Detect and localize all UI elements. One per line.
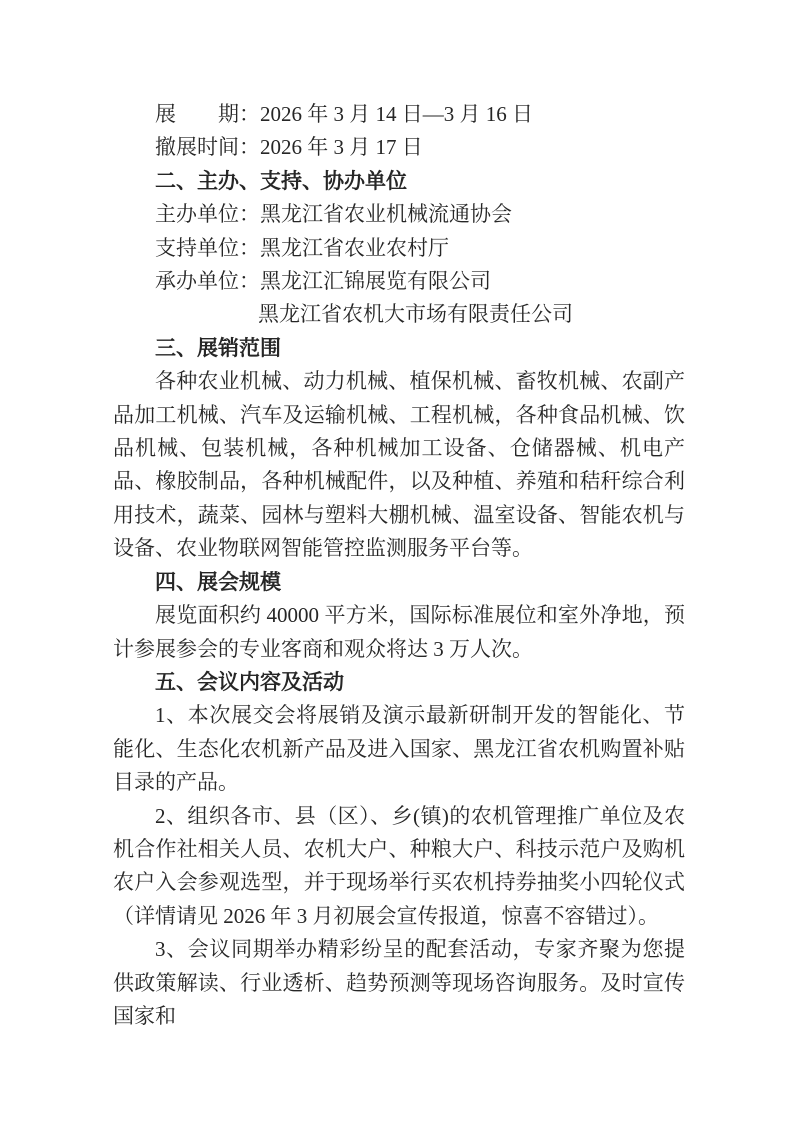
para-organizer-unit-2: 黑龙江省农机大市场有限责任公司: [113, 298, 685, 331]
heading-meeting-content: 五、会议内容及活动: [113, 666, 685, 699]
para-exhibit-period: 展 期：2026 年 3 月 14 日—3 月 16 日: [113, 98, 685, 131]
para-organizer-unit: 承办单位：黑龙江汇锦展览有限公司: [113, 265, 685, 298]
para-activity-2: 2、组织各市、县（区）、乡(镇)的农机管理推广单位及农机合作社相关人员、农机大户…: [113, 800, 685, 934]
heading-scope: 三、展销范围: [113, 332, 685, 365]
para-scale-body: 展览面积约 40000 平方米，国际标准展位和室外净地，预计参展参会的专业客商和…: [113, 599, 685, 666]
para-scope-body: 各种农业机械、动力机械、植保机械、畜牧机械、农副产品加工机械、汽车及运输机械、工…: [113, 365, 685, 565]
para-activity-1: 1、本次展交会将展销及演示最新研制开发的智能化、节能化、生态化农机新产品及进入国…: [113, 699, 685, 799]
heading-scale: 四、展会规模: [113, 566, 685, 599]
para-activity-3: 3、会议同期举办精彩纷呈的配套活动，专家齐聚为您提供政策解读、行业透析、趋势预测…: [113, 933, 685, 1033]
document-text-block: 展 期：2026 年 3 月 14 日—3 月 16 日 撤展时间：2026 年…: [113, 98, 685, 1033]
para-dismantle-time: 撤展时间：2026 年 3 月 17 日: [113, 131, 685, 164]
para-host-unit: 主办单位：黑龙江省农业机械流通协会: [113, 198, 685, 231]
document-page: 展 期：2026 年 3 月 14 日—3 月 16 日 撤展时间：2026 年…: [0, 0, 800, 1131]
para-support-unit: 支持单位：黑龙江省农业农村厅: [113, 232, 685, 265]
heading-organizers: 二、主办、支持、协办单位: [113, 165, 685, 198]
